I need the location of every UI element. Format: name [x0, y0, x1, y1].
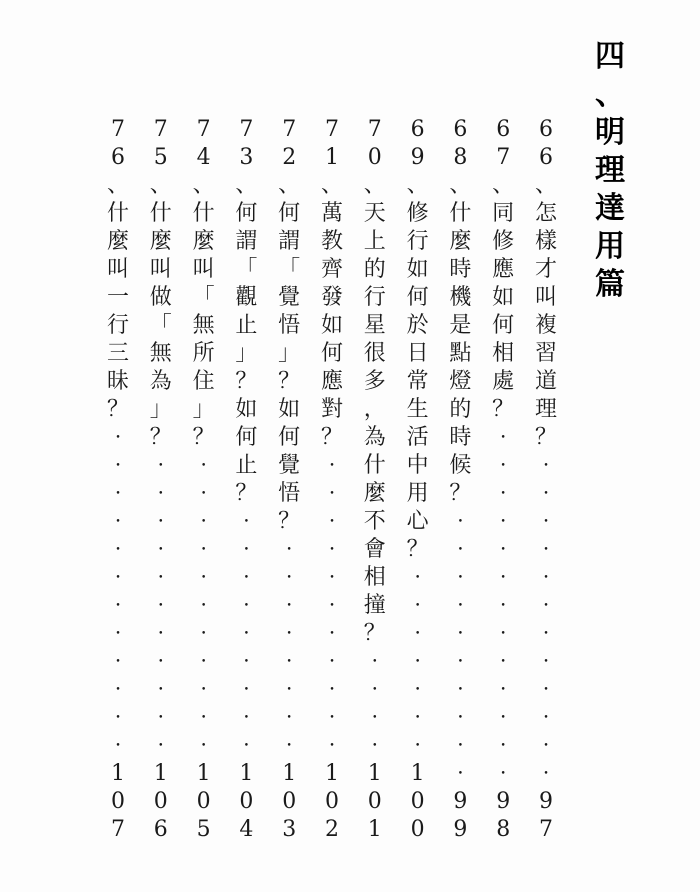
question-char: 生	[402, 396, 434, 424]
page-number-digit: 0	[188, 788, 220, 816]
leader-dot: •	[402, 620, 434, 648]
page-number-digit: 1	[316, 760, 348, 788]
leader-dot: •	[487, 620, 519, 648]
question-char: 「	[188, 284, 220, 312]
page-number-digit: 9	[487, 788, 519, 816]
leader-dot: •	[230, 536, 262, 564]
section-title-char: 達	[592, 190, 628, 228]
leader-dot: •	[487, 760, 519, 788]
enumeration-comma: 、	[102, 172, 134, 200]
question-char: 怎	[530, 200, 562, 228]
question-char: 時	[444, 424, 476, 452]
question-char: 發	[316, 284, 348, 312]
question-char: 天	[359, 200, 391, 228]
leader-dot: •	[530, 452, 562, 480]
question-char: 相	[359, 564, 391, 592]
page-number-digit: 0	[359, 788, 391, 816]
question-char: 叫	[530, 284, 562, 312]
question-char: ？	[230, 480, 262, 508]
page-number-digit: 1	[230, 760, 262, 788]
leader-dot: •	[402, 564, 434, 592]
entry-number-digit: 2	[273, 144, 305, 172]
leader-dot: •	[487, 676, 519, 704]
leader-dot: •	[273, 648, 305, 676]
leader-dot: •	[102, 480, 134, 508]
leader-dot: •	[530, 732, 562, 760]
entry-number-digit: 7	[487, 144, 519, 172]
toc-entry[interactable]: 76、什麼叫一行三昧？••••••••••••107	[102, 116, 134, 844]
page-number-digit: 0	[402, 788, 434, 816]
question-char: 住	[188, 368, 220, 396]
leader-dot: •	[145, 452, 177, 480]
question-char: 候	[444, 452, 476, 480]
page-number-digit: 6	[145, 816, 177, 844]
leader-dot: •	[102, 508, 134, 536]
page-number-digit: 1	[102, 760, 134, 788]
question-char: 麼	[359, 480, 391, 508]
toc-entry[interactable]: 66、怎樣才叫複習道理？••••••••••••97	[530, 116, 562, 844]
leader-dot: •	[102, 424, 134, 452]
leader-dot: •	[530, 536, 562, 564]
leader-dot: •	[188, 480, 220, 508]
question-char: 如	[402, 256, 434, 284]
leader-dot: •	[530, 676, 562, 704]
section-title-char: 理	[592, 152, 628, 190]
toc-entry[interactable]: 73、何謂「觀止」？如何止？•••••••••104	[230, 116, 262, 844]
leader-dot: •	[230, 648, 262, 676]
leader-dot: •	[444, 564, 476, 592]
question-char: 多	[359, 368, 391, 396]
leader-dot: •	[444, 760, 476, 788]
leader-dot: •	[316, 704, 348, 732]
question-char: 撞	[359, 592, 391, 620]
question-char: 覺	[273, 452, 305, 480]
question-char: 什	[444, 200, 476, 228]
question-char: ？	[530, 424, 562, 452]
leader-dot: •	[530, 564, 562, 592]
page-number-digit: 9	[444, 816, 476, 844]
page-number-digit: 7	[102, 816, 134, 844]
question-char: ？	[359, 620, 391, 648]
question-char: 為	[359, 424, 391, 452]
question-char: 修	[402, 200, 434, 228]
question-char: ？	[230, 368, 262, 396]
leader-dot: •	[316, 536, 348, 564]
leader-dot: •	[188, 452, 220, 480]
enumeration-comma: 、	[273, 172, 305, 200]
question-char: 習	[530, 340, 562, 368]
question-char: 」	[188, 396, 220, 424]
leader-dot: •	[145, 592, 177, 620]
question-char: 所	[188, 340, 220, 368]
leader-dot: •	[316, 480, 348, 508]
question-char: 行	[359, 284, 391, 312]
question-char: 處	[487, 368, 519, 396]
leader-dot: •	[402, 732, 434, 760]
question-char: 何	[273, 200, 305, 228]
leader-dot: •	[444, 508, 476, 536]
question-char: ？	[273, 368, 305, 396]
toc-entry[interactable]: 71、萬教齊發如何應對？•••••••••••102	[316, 116, 348, 844]
question-char: 不	[359, 508, 391, 536]
page-number-digit: 0	[316, 788, 348, 816]
leader-dot: •	[273, 704, 305, 732]
page-number-digit: 0	[273, 788, 305, 816]
leader-dot: •	[145, 536, 177, 564]
question-char: 中	[402, 452, 434, 480]
toc-entry[interactable]: 75、什麼叫做「無為」？•••••••••••106	[145, 116, 177, 844]
leader-dot: •	[530, 760, 562, 788]
section-title-char: 、	[592, 76, 628, 114]
question-char: ？	[444, 480, 476, 508]
toc-entry[interactable]: 74、什麼叫「無所住」？•••••••••••105	[188, 116, 220, 844]
question-char: 燈	[444, 368, 476, 396]
question-char: ？	[273, 508, 305, 536]
page-number-digit: 0	[402, 816, 434, 844]
question-char: 叫	[145, 256, 177, 284]
page-number-digit: 4	[230, 816, 262, 844]
leader-dot: •	[487, 508, 519, 536]
leader-dot: •	[188, 592, 220, 620]
leader-dot: •	[316, 564, 348, 592]
page-number-digit: 8	[487, 816, 519, 844]
leader-dot: •	[188, 508, 220, 536]
question-char: 什	[359, 452, 391, 480]
question-char: ？	[402, 536, 434, 564]
page-number-digit: 7	[530, 816, 562, 844]
question-char: 用	[402, 480, 434, 508]
enumeration-comma: 、	[487, 172, 519, 200]
entry-number-digit: 6	[530, 144, 562, 172]
question-char: 何	[273, 424, 305, 452]
question-char: 如	[273, 396, 305, 424]
question-char: 的	[359, 256, 391, 284]
leader-dot: •	[444, 536, 476, 564]
leader-dot: •	[102, 564, 134, 592]
question-char: 一	[102, 284, 134, 312]
leader-dot: •	[487, 424, 519, 452]
page-number-digit: 1	[359, 816, 391, 844]
question-char: 什	[188, 200, 220, 228]
question-char: 上	[359, 228, 391, 256]
page-number-digit: 9	[530, 788, 562, 816]
question-char: 萬	[316, 200, 348, 228]
leader-dot: •	[444, 704, 476, 732]
leader-dot: •	[188, 676, 220, 704]
question-char: 觀	[230, 284, 262, 312]
toc-entry[interactable]: 67、同修應如何相處？•••••••••••••98	[487, 116, 519, 844]
question-char: 行	[102, 312, 134, 340]
question-char: 教	[316, 228, 348, 256]
question-char: 複	[530, 312, 562, 340]
question-char: 星	[359, 312, 391, 340]
entry-number-digit: 0	[359, 144, 391, 172]
leader-dot: •	[230, 564, 262, 592]
leader-dot: •	[530, 480, 562, 508]
leader-dot: •	[145, 620, 177, 648]
question-char: 為	[145, 368, 177, 396]
entry-number-digit: 1	[316, 144, 348, 172]
leader-dot: •	[316, 676, 348, 704]
page-number-digit: 5	[188, 816, 220, 844]
question-char: 麼	[145, 228, 177, 256]
question-char: 」	[273, 340, 305, 368]
enumeration-comma: 、	[359, 172, 391, 200]
entry-number-digit: 6	[530, 116, 562, 144]
page-number-digit: 9	[444, 788, 476, 816]
question-char: 麼	[444, 228, 476, 256]
question-char: 日	[402, 340, 434, 368]
toc-entry[interactable]: 68、什麼時機是點燈的時候？••••••••••99	[444, 116, 476, 844]
leader-dot: •	[402, 592, 434, 620]
leader-dot: •	[188, 620, 220, 648]
leader-dot: •	[102, 676, 134, 704]
toc-entry[interactable]: 72、何謂「覺悟」？如何覺悟？••••••••103	[273, 116, 305, 844]
question-char: 何	[230, 424, 262, 452]
entry-number-digit: 9	[402, 144, 434, 172]
leader-dot: •	[487, 592, 519, 620]
question-char: 如	[230, 396, 262, 424]
question-char: 」	[145, 396, 177, 424]
leader-dot: •	[102, 536, 134, 564]
leader-dot: •	[359, 676, 391, 704]
question-char: 如	[316, 312, 348, 340]
leader-dot: •	[273, 620, 305, 648]
leader-dot: •	[402, 648, 434, 676]
leader-dot: •	[230, 676, 262, 704]
question-char: ？	[145, 424, 177, 452]
enumeration-comma: 、	[145, 172, 177, 200]
entry-number-digit: 6	[487, 116, 519, 144]
leader-dot: •	[145, 732, 177, 760]
entry-number-digit: 6	[402, 116, 434, 144]
leader-dot: •	[487, 732, 519, 760]
leader-dot: •	[102, 592, 134, 620]
enumeration-comma: 、	[230, 172, 262, 200]
section-title-char: 用	[592, 228, 628, 266]
leader-dot: •	[273, 564, 305, 592]
leader-dot: •	[530, 620, 562, 648]
question-char: 無	[188, 312, 220, 340]
question-char: 點	[444, 340, 476, 368]
leader-dot: •	[530, 704, 562, 732]
leader-dot: •	[102, 648, 134, 676]
question-char: 覺	[273, 284, 305, 312]
toc-page: 四、明理達用篇 66、怎樣才叫複習道理？••••••••••••9767、同修應…	[0, 0, 700, 892]
section-title-char: 四	[592, 38, 628, 76]
question-char: 對	[316, 396, 348, 424]
leader-dot: •	[188, 564, 220, 592]
leader-dot: •	[273, 732, 305, 760]
section-title-char: 篇	[592, 266, 628, 304]
section-title: 四、明理達用篇	[592, 38, 628, 304]
leader-dot: •	[145, 508, 177, 536]
question-char: 樣	[530, 228, 562, 256]
leader-dot: •	[145, 564, 177, 592]
leader-dot: •	[316, 452, 348, 480]
leader-dot: •	[359, 732, 391, 760]
leader-dot: •	[316, 508, 348, 536]
enumeration-comma: 、	[316, 172, 348, 200]
question-char: 麼	[102, 228, 134, 256]
question-char: ，	[359, 396, 391, 424]
question-char: 止	[230, 312, 262, 340]
leader-dot: •	[230, 592, 262, 620]
question-char: 心	[402, 508, 434, 536]
leader-dot: •	[402, 704, 434, 732]
question-char: 於	[402, 312, 434, 340]
question-char: 時	[444, 256, 476, 284]
question-char: 三	[102, 340, 134, 368]
leader-dot: •	[530, 508, 562, 536]
question-char: 悟	[273, 312, 305, 340]
question-char: 謂	[273, 228, 305, 256]
question-char: 何	[402, 284, 434, 312]
leader-dot: •	[102, 452, 134, 480]
leader-dot: •	[145, 648, 177, 676]
leader-dot: •	[444, 676, 476, 704]
question-char: 常	[402, 368, 434, 396]
question-char: 麼	[188, 228, 220, 256]
leader-dot: •	[487, 536, 519, 564]
leader-dot: •	[444, 732, 476, 760]
entry-number-digit: 7	[316, 116, 348, 144]
page-number-digit: 0	[145, 788, 177, 816]
leader-dot: •	[230, 620, 262, 648]
entry-number-digit: 7	[273, 116, 305, 144]
entry-number-digit: 6	[102, 144, 134, 172]
page-number-digit: 1	[188, 760, 220, 788]
enumeration-comma: 、	[188, 172, 220, 200]
leader-dot: •	[402, 676, 434, 704]
leader-dot: •	[102, 620, 134, 648]
entry-number-digit: 7	[102, 116, 134, 144]
page-number-digit: 0	[230, 788, 262, 816]
question-char: 同	[487, 200, 519, 228]
question-char: 止	[230, 452, 262, 480]
question-char: ？	[487, 396, 519, 424]
leader-dot: •	[359, 704, 391, 732]
leader-dot: •	[188, 732, 220, 760]
page-number-digit: 3	[273, 816, 305, 844]
leader-dot: •	[316, 648, 348, 676]
toc-entry[interactable]: 70、天上的行星很多，為什麼不會相撞？••••101	[359, 116, 391, 844]
question-char: 什	[102, 200, 134, 228]
question-char: 叫	[102, 256, 134, 284]
enumeration-comma: 、	[444, 172, 476, 200]
question-char: 無	[145, 340, 177, 368]
leader-dot: •	[230, 704, 262, 732]
enumeration-comma: 、	[402, 172, 434, 200]
page-number-digit: 1	[145, 760, 177, 788]
question-char: 何	[316, 340, 348, 368]
question-char: ？	[188, 424, 220, 452]
question-char: 應	[487, 256, 519, 284]
leader-dot: •	[530, 592, 562, 620]
question-char: 「	[145, 312, 177, 340]
page-number-digit: 2	[316, 816, 348, 844]
question-char: ？	[102, 396, 134, 424]
question-char: 修	[487, 228, 519, 256]
leader-dot: •	[188, 536, 220, 564]
question-char: 相	[487, 340, 519, 368]
toc-entry[interactable]: 69、修行如何於日常生活中用心？•••••••100	[402, 116, 434, 844]
leader-dot: •	[487, 648, 519, 676]
entry-number-digit: 7	[145, 116, 177, 144]
question-char: 叫	[188, 256, 220, 284]
leader-dot: •	[273, 536, 305, 564]
leader-dot: •	[316, 620, 348, 648]
leader-dot: •	[487, 564, 519, 592]
question-char: 應	[316, 368, 348, 396]
question-char: 是	[444, 312, 476, 340]
leader-dot: •	[188, 648, 220, 676]
leader-dot: •	[487, 480, 519, 508]
leader-dot: •	[102, 704, 134, 732]
question-char: 」	[230, 340, 262, 368]
question-char: 齊	[316, 256, 348, 284]
leader-dot: •	[230, 508, 262, 536]
page-number-digit: 0	[102, 788, 134, 816]
leader-dot: •	[188, 704, 220, 732]
enumeration-comma: 、	[530, 172, 562, 200]
question-char: 機	[444, 284, 476, 312]
question-char: 「	[273, 256, 305, 284]
leader-dot: •	[487, 704, 519, 732]
leader-dot: •	[444, 620, 476, 648]
question-char: 何	[487, 312, 519, 340]
question-char: 什	[145, 200, 177, 228]
question-char: 悟	[273, 480, 305, 508]
question-char: 何	[230, 200, 262, 228]
leader-dot: •	[230, 732, 262, 760]
leader-dot: •	[273, 592, 305, 620]
section-title-char: 明	[592, 114, 628, 152]
leader-dot: •	[145, 704, 177, 732]
entry-number-digit: 6	[444, 116, 476, 144]
leader-dot: •	[444, 592, 476, 620]
entry-number-digit: 7	[230, 116, 262, 144]
question-char: 行	[402, 228, 434, 256]
entry-number-digit: 5	[145, 144, 177, 172]
question-char: ？	[316, 424, 348, 452]
page-number-digit: 1	[402, 760, 434, 788]
leader-dot: •	[145, 480, 177, 508]
entry-number-digit: 3	[230, 144, 262, 172]
leader-dot: •	[444, 648, 476, 676]
leader-dot: •	[273, 676, 305, 704]
question-char: 「	[230, 256, 262, 284]
question-char: 活	[402, 424, 434, 452]
question-char: 理	[530, 396, 562, 424]
entry-number-digit: 8	[444, 144, 476, 172]
question-char: 做	[145, 284, 177, 312]
question-char: 會	[359, 536, 391, 564]
entry-number-digit: 7	[188, 116, 220, 144]
leader-dot: •	[145, 676, 177, 704]
leader-dot: •	[316, 592, 348, 620]
question-char: 很	[359, 340, 391, 368]
question-char: 才	[530, 256, 562, 284]
page-number-digit: 1	[273, 760, 305, 788]
question-char: 如	[487, 284, 519, 312]
question-char: 謂	[230, 228, 262, 256]
question-char: 昧	[102, 368, 134, 396]
leader-dot: •	[316, 732, 348, 760]
leader-dot: •	[530, 648, 562, 676]
question-char: 道	[530, 368, 562, 396]
question-char: 的	[444, 396, 476, 424]
